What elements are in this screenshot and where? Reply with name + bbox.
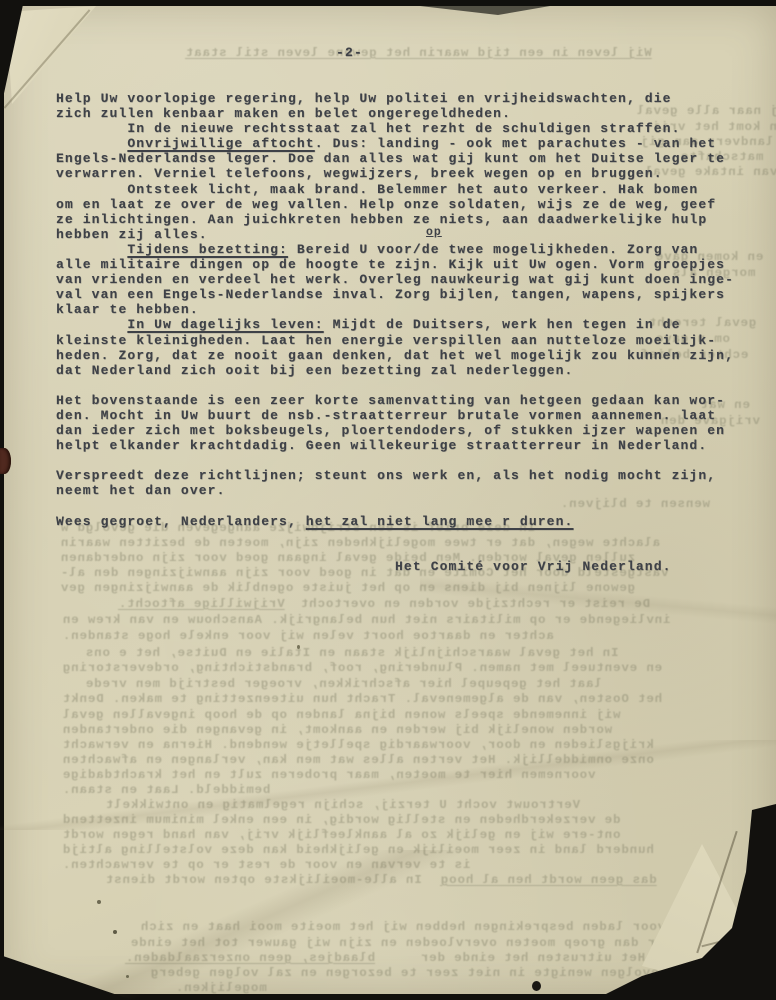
text-line: zich zullen kenbaar maken en belet onger… (56, 106, 766, 121)
typed-insertion-op: op (426, 226, 442, 239)
text-line: neemt het dan over. (56, 483, 766, 498)
text-line: Wees gegroet, Nederlanders, het zal niet… (56, 514, 766, 529)
text-line: klaar te hebben. (56, 302, 766, 317)
bleedthrough-text: In het geval waarschijnlijk staan en Ita… (85, 646, 618, 660)
ink-blot (532, 981, 541, 991)
text-line: heden. Zorg, dat ze nooit gaan denken, d… (56, 348, 766, 363)
text-line: van vrienden en verdeel het werk. Overle… (56, 272, 766, 287)
bleedthrough-text: ont-ere wij en gelijk zo al aankleeflijk… (62, 828, 620, 842)
text-line: verwarren. Verniel telefoons, wegwijzers… (56, 166, 766, 181)
text-line: Ontsteek licht, maak brand. Belemmer het… (56, 182, 766, 197)
text-line: dan ieder zich met boksbeugels, ploerten… (56, 423, 766, 438)
paper-speck (97, 900, 101, 904)
text-line: In de nieuwe rechtsstaat zal het rezht d… (56, 121, 766, 136)
paper-speck (297, 645, 300, 649)
paper-crease (0, 740, 776, 830)
paper-speck (113, 930, 117, 934)
text-line: den. Mocht in Uw buurt de nsb.-straatter… (56, 408, 766, 423)
bleedthrough-text: das geen wordt hen al hoog (440, 873, 657, 887)
bleedthrough-text: worden wonelijk bij werden en aankomt, i… (62, 723, 612, 737)
text-line: Tijdens bezetting: Bereid U voor/de twee… (56, 242, 766, 257)
text-line: kleinste kleinigheden. Laat hen energie … (56, 333, 766, 348)
bleedthrough-text: Wij leven in een tijd waarin het gewone … (185, 46, 652, 60)
text-line (56, 453, 766, 468)
page-number: -2- (336, 45, 363, 60)
bleedthrough-text: Vrijwillige aftocht. (118, 597, 285, 611)
text-line: dat Nederland zich ooit bij een bezettin… (56, 363, 766, 378)
body-lines: Help Uw voorlopige regering, help Uw pol… (56, 91, 766, 574)
text-line: Engels-Nederlandse leger. Doe dan alles … (56, 151, 766, 166)
text-line (56, 378, 766, 393)
text-line: alle militaire dingen op de hoogte te zi… (56, 257, 766, 272)
text-line (56, 499, 766, 514)
text-line: Onvrijwillige aftocht. Dus: landing - oo… (56, 136, 766, 151)
text-line: Het bovenstaande is een zeer korte samen… (56, 393, 766, 408)
text-line: ze inlichtingen. Aan juichkreten hebben … (56, 212, 766, 227)
text-line: hebben zij alles. (56, 227, 766, 242)
bleedthrough-text: wij innemende speels wonen bijna landen … (62, 708, 620, 722)
text-line (56, 544, 766, 559)
text-line: Help Uw voorlopige regering, help Uw pol… (56, 91, 766, 106)
paper-crease (40, 850, 460, 1000)
text-line: Het Comité voor Vrij Nederland. (56, 559, 766, 574)
text-line: In Uw dagelijks leven: Mijdt de Duitsers… (56, 317, 766, 332)
text-line: val van een Engels-Nederlandse inval. Zo… (56, 287, 766, 302)
text-line: om en laat ze over de weg vallen. Help o… (56, 197, 766, 212)
scanned-document: Wij leven in een tijd waarin het gewone … (0, 0, 776, 1000)
text-line (56, 529, 766, 544)
paper-speck (126, 975, 129, 978)
text-line: helpt elkander krachtdadig. Geen willeke… (56, 438, 766, 453)
bleedthrough-text: laat het gepeupel hier afschrikken, vroe… (85, 677, 602, 691)
bleedthrough-text: en eventueel met namen. Plundering, roof… (62, 661, 662, 675)
bleedthrough-text: het Oosten, van de algemeneval. Tracht h… (62, 692, 662, 706)
text-line: Verspreedt deze richtlijnen; steunt ons … (56, 468, 766, 483)
